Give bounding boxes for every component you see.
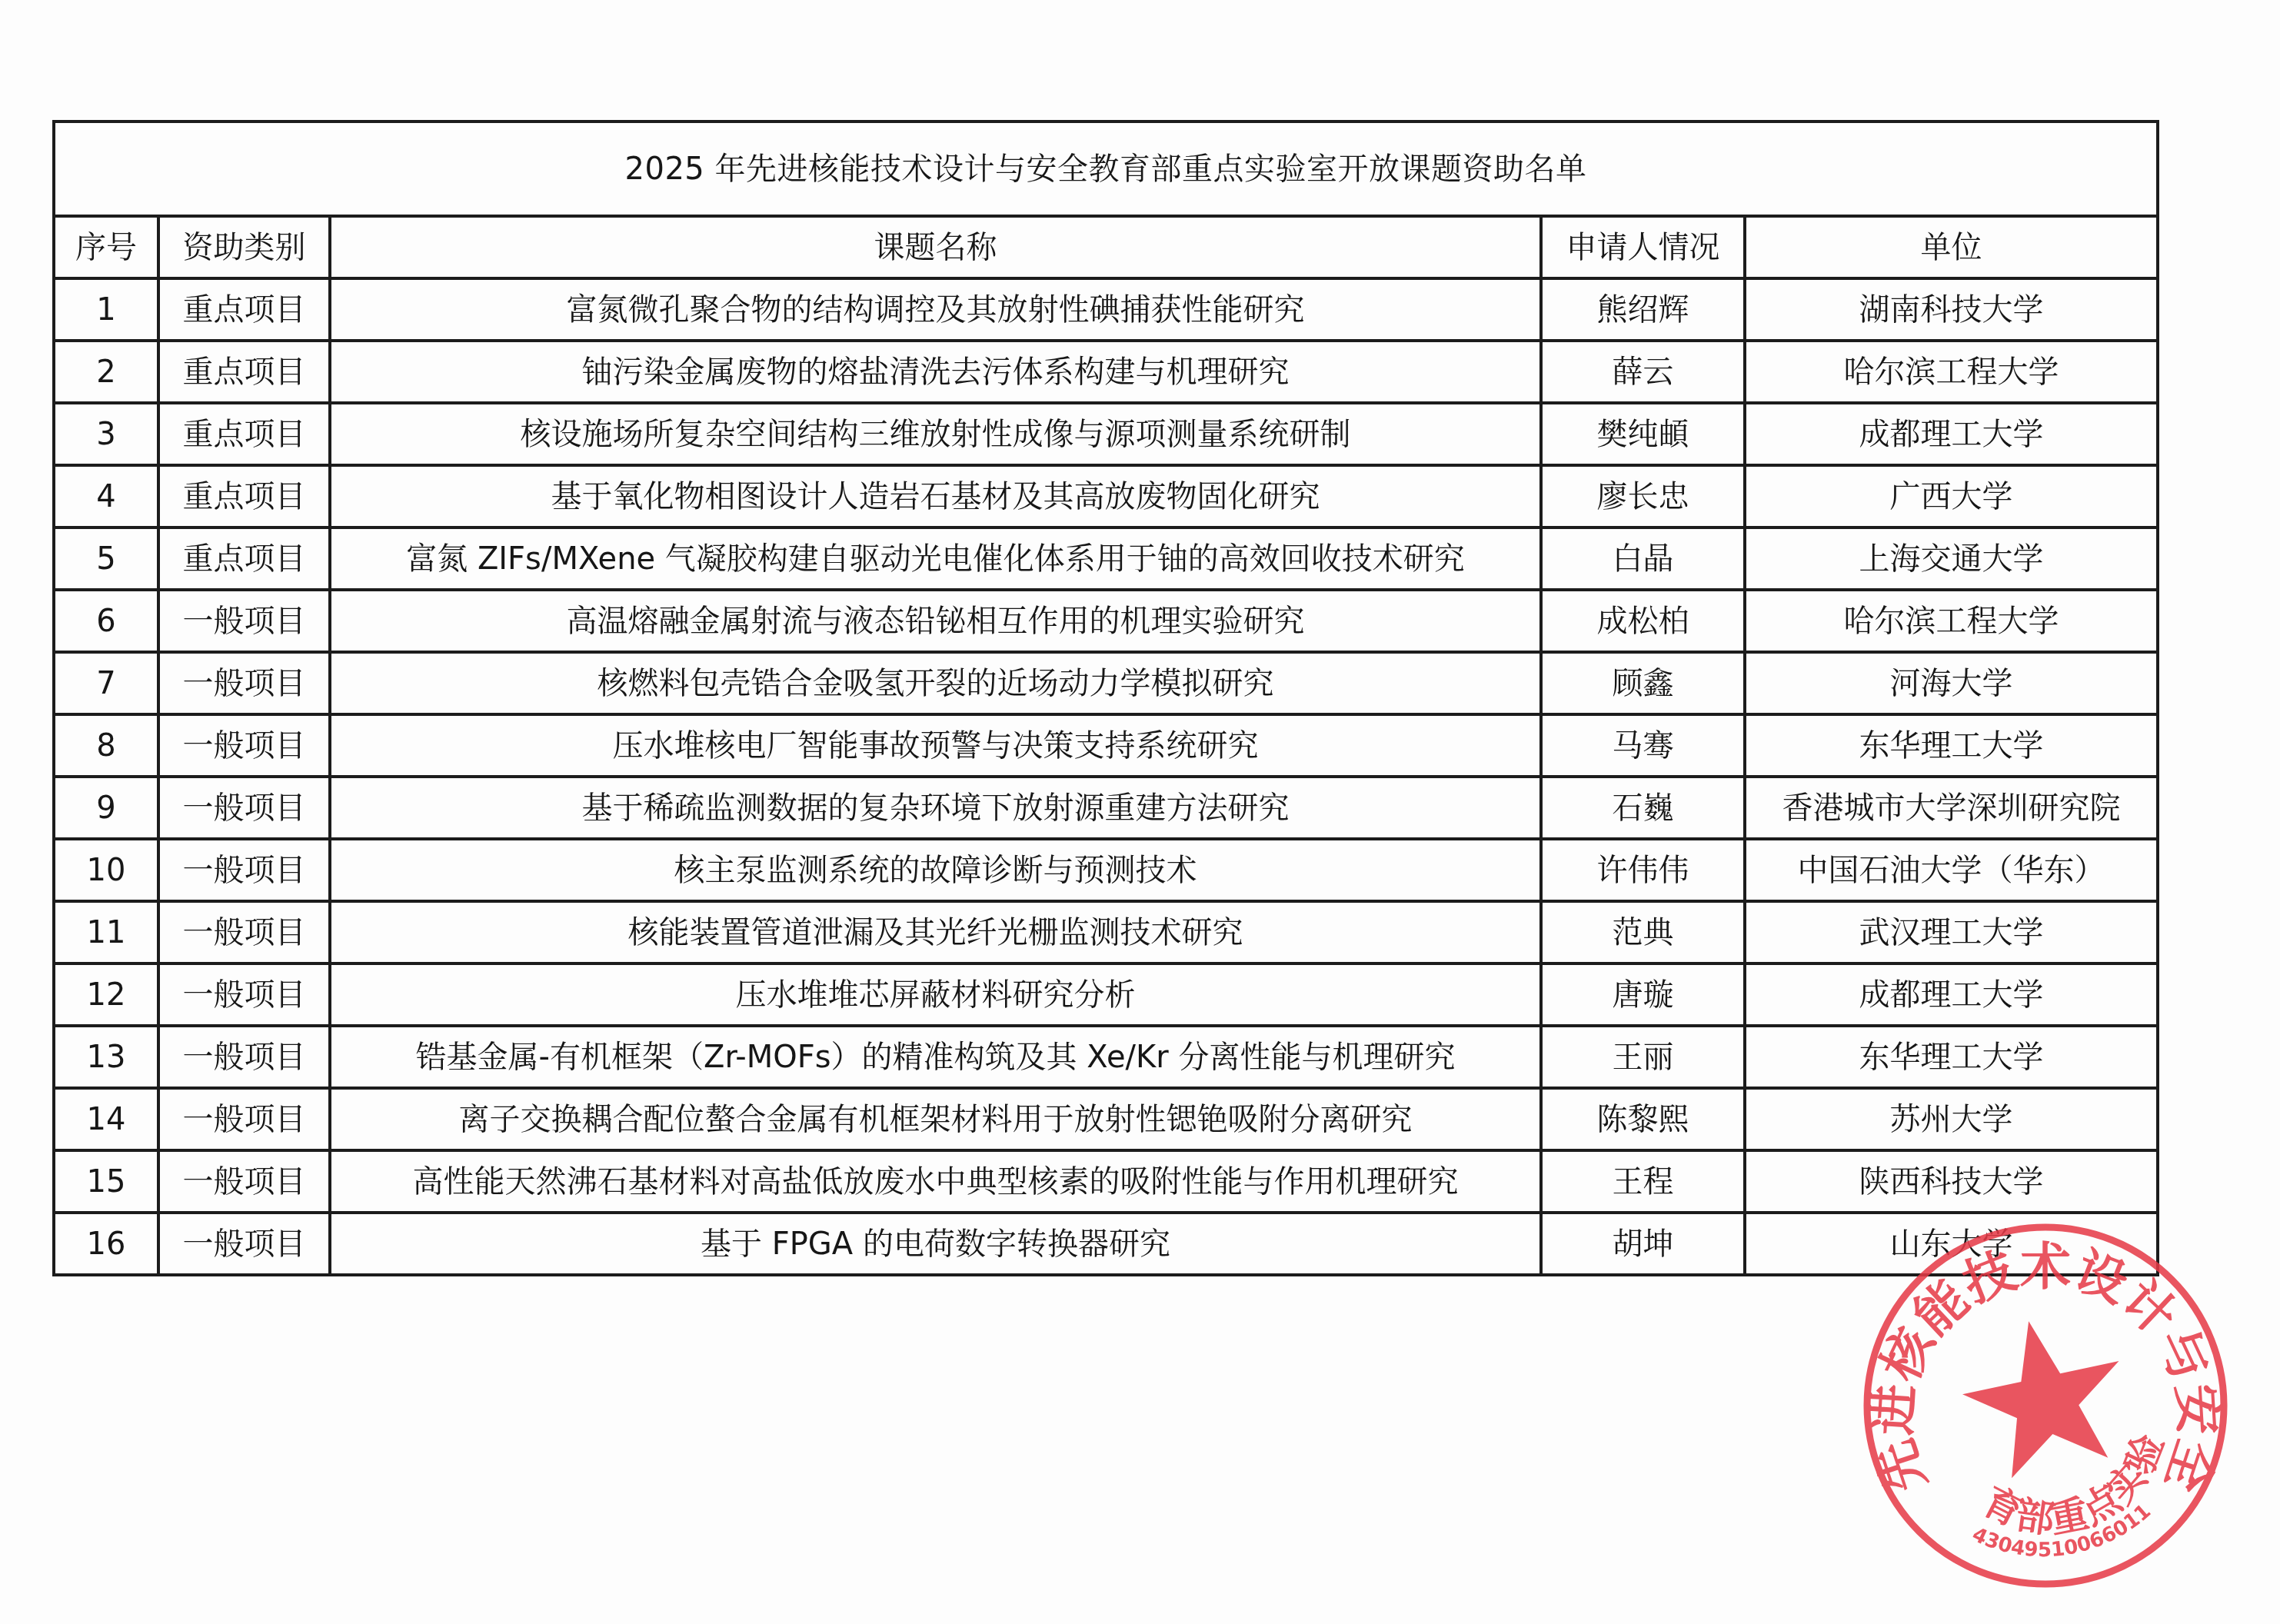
cell-title: 基于 FPGA 的电荷数字转换器研究 bbox=[330, 1213, 1541, 1275]
cell-unit: 东华理工大学 bbox=[1745, 714, 2158, 777]
cell-no: 4 bbox=[54, 465, 158, 527]
cell-title: 核燃料包壳锆合金吸氢开裂的近场动力学模拟研究 bbox=[330, 652, 1541, 714]
header-type: 资助类别 bbox=[158, 216, 330, 278]
cell-applicant: 薛云 bbox=[1541, 341, 1745, 403]
table-row: 9一般项目基于稀疏监测数据的复杂环境下放射源重建方法研究石巍香港城市大学深圳研究… bbox=[54, 777, 2158, 839]
cell-applicant: 胡坤 bbox=[1541, 1213, 1745, 1275]
cell-no: 11 bbox=[54, 901, 158, 963]
cell-no: 6 bbox=[54, 590, 158, 652]
table-row: 16一般项目基于 FPGA 的电荷数字转换器研究胡坤山东大学 bbox=[54, 1213, 2158, 1275]
cell-unit: 河海大学 bbox=[1745, 652, 2158, 714]
cell-title: 基于稀疏监测数据的复杂环境下放射源重建方法研究 bbox=[330, 777, 1541, 839]
cell-applicant: 樊纯頔 bbox=[1541, 403, 1745, 465]
cell-unit: 哈尔滨工程大学 bbox=[1745, 590, 2158, 652]
cell-type: 重点项目 bbox=[158, 278, 330, 341]
cell-no: 9 bbox=[54, 777, 158, 839]
table-row: 7一般项目核燃料包壳锆合金吸氢开裂的近场动力学模拟研究顾鑫河海大学 bbox=[54, 652, 2158, 714]
table-row: 4重点项目基于氧化物相图设计人造岩石基材及其高放废物固化研究廖长忠广西大学 bbox=[54, 465, 2158, 527]
cell-no: 7 bbox=[54, 652, 158, 714]
title-row: 2025 年先进核能技术设计与安全教育部重点实验室开放课题资助名单 bbox=[54, 121, 2158, 216]
cell-applicant: 顾鑫 bbox=[1541, 652, 1745, 714]
document-title: 2025 年先进核能技术设计与安全教育部重点实验室开放课题资助名单 bbox=[54, 121, 2158, 216]
cell-applicant: 陈黎熙 bbox=[1541, 1088, 1745, 1150]
cell-applicant: 白晶 bbox=[1541, 527, 1745, 590]
table-row: 2重点项目铀污染金属废物的熔盐清洗去污体系构建与机理研究薛云哈尔滨工程大学 bbox=[54, 341, 2158, 403]
cell-unit: 苏州大学 bbox=[1745, 1088, 2158, 1150]
cell-type: 一般项目 bbox=[158, 963, 330, 1026]
cell-unit: 广西大学 bbox=[1745, 465, 2158, 527]
header-row: 序号 资助类别 课题名称 申请人情况 单位 bbox=[54, 216, 2158, 278]
table-row: 1重点项目富氮微孔聚合物的结构调控及其放射性碘捕获性能研究熊绍辉湖南科技大学 bbox=[54, 278, 2158, 341]
cell-applicant: 熊绍辉 bbox=[1541, 278, 1745, 341]
cell-unit: 上海交通大学 bbox=[1745, 527, 2158, 590]
cell-no: 8 bbox=[54, 714, 158, 777]
cell-type: 一般项目 bbox=[158, 1150, 330, 1213]
cell-no: 2 bbox=[54, 341, 158, 403]
cell-no: 5 bbox=[54, 527, 158, 590]
table-row: 3重点项目核设施场所复杂空间结构三维放射性成像与源项测量系统研制樊纯頔成都理工大… bbox=[54, 403, 2158, 465]
cell-type: 一般项目 bbox=[158, 714, 330, 777]
table-row: 10一般项目核主泵监测系统的故障诊断与预测技术许伟伟中国石油大学（华东） bbox=[54, 839, 2158, 901]
cell-title: 压水堆堆芯屏蔽材料研究分析 bbox=[330, 963, 1541, 1026]
table-row: 13一般项目锆基金属-有机框架（Zr-MOFs）的精准构筑及其 Xe/Kr 分离… bbox=[54, 1026, 2158, 1088]
cell-type: 重点项目 bbox=[158, 403, 330, 465]
cell-type: 一般项目 bbox=[158, 1088, 330, 1150]
document-page: 2025 年先进核能技术设计与安全教育部重点实验室开放课题资助名单 序号 资助类… bbox=[0, 0, 2280, 1624]
cell-unit: 武汉理工大学 bbox=[1745, 901, 2158, 963]
cell-title: 富氮微孔聚合物的结构调控及其放射性碘捕获性能研究 bbox=[330, 278, 1541, 341]
header-no: 序号 bbox=[54, 216, 158, 278]
table-row: 8一般项目压水堆核电厂智能事故预警与决策支持系统研究马骞东华理工大学 bbox=[54, 714, 2158, 777]
table-row: 14一般项目离子交换耦合配位螯合金属有机框架材料用于放射性锶铯吸附分离研究陈黎熙… bbox=[54, 1088, 2158, 1150]
cell-type: 一般项目 bbox=[158, 652, 330, 714]
cell-unit: 香港城市大学深圳研究院 bbox=[1745, 777, 2158, 839]
cell-applicant: 唐璇 bbox=[1541, 963, 1745, 1026]
cell-type: 一般项目 bbox=[158, 590, 330, 652]
cell-no: 3 bbox=[54, 403, 158, 465]
cell-applicant: 石巍 bbox=[1541, 777, 1745, 839]
cell-unit: 中国石油大学（华东） bbox=[1745, 839, 2158, 901]
cell-type: 一般项目 bbox=[158, 1026, 330, 1088]
table-row: 6一般项目高温熔融金属射流与液态铅铋相互作用的机理实验研究成松柏哈尔滨工程大学 bbox=[54, 590, 2158, 652]
cell-unit: 哈尔滨工程大学 bbox=[1745, 341, 2158, 403]
star-icon bbox=[1950, 1305, 2138, 1485]
cell-unit: 成都理工大学 bbox=[1745, 963, 2158, 1026]
cell-title: 高性能天然沸石基材料对高盐低放废水中典型核素的吸附性能与作用机理研究 bbox=[330, 1150, 1541, 1213]
cell-type: 一般项目 bbox=[158, 1213, 330, 1275]
cell-applicant: 马骞 bbox=[1541, 714, 1745, 777]
header-applicant: 申请人情况 bbox=[1541, 216, 1745, 278]
header-title: 课题名称 bbox=[330, 216, 1541, 278]
cell-unit: 陕西科技大学 bbox=[1745, 1150, 2158, 1213]
table-row: 12一般项目压水堆堆芯屏蔽材料研究分析唐璇成都理工大学 bbox=[54, 963, 2158, 1026]
cell-applicant: 许伟伟 bbox=[1541, 839, 1745, 901]
cell-no: 1 bbox=[54, 278, 158, 341]
cell-unit: 湖南科技大学 bbox=[1745, 278, 2158, 341]
cell-type: 重点项目 bbox=[158, 527, 330, 590]
cell-applicant: 王程 bbox=[1541, 1150, 1745, 1213]
cell-title: 压水堆核电厂智能事故预警与决策支持系统研究 bbox=[330, 714, 1541, 777]
cell-title: 离子交换耦合配位螯合金属有机框架材料用于放射性锶铯吸附分离研究 bbox=[330, 1088, 1541, 1150]
cell-applicant: 廖长忠 bbox=[1541, 465, 1745, 527]
seal-ring bbox=[1867, 1227, 2224, 1584]
cell-title: 基于氧化物相图设计人造岩石基材及其高放废物固化研究 bbox=[330, 465, 1541, 527]
cell-no: 13 bbox=[54, 1026, 158, 1088]
header-unit: 单位 bbox=[1745, 216, 2158, 278]
table-body: 1重点项目富氮微孔聚合物的结构调控及其放射性碘捕获性能研究熊绍辉湖南科技大学2重… bbox=[54, 278, 2158, 1275]
cell-title: 锆基金属-有机框架（Zr-MOFs）的精准构筑及其 Xe/Kr 分离性能与机理研… bbox=[330, 1026, 1541, 1088]
cell-title: 高温熔融金属射流与液态铅铋相互作用的机理实验研究 bbox=[330, 590, 1541, 652]
cell-no: 15 bbox=[54, 1150, 158, 1213]
grant-list-table: 2025 年先进核能技术设计与安全教育部重点实验室开放课题资助名单 序号 资助类… bbox=[52, 120, 2159, 1276]
cell-type: 重点项目 bbox=[158, 341, 330, 403]
cell-unit: 成都理工大学 bbox=[1745, 403, 2158, 465]
cell-applicant: 范典 bbox=[1541, 901, 1745, 963]
table-row: 15一般项目高性能天然沸石基材料对高盐低放废水中典型核素的吸附性能与作用机理研究… bbox=[54, 1150, 2158, 1213]
cell-title: 富氮 ZIFs/MXene 气凝胶构建自驱动光电催化体系用于铀的高效回收技术研究 bbox=[330, 527, 1541, 590]
cell-no: 14 bbox=[54, 1088, 158, 1150]
cell-type: 一般项目 bbox=[158, 839, 330, 901]
seal-outer-text: 先进核能技术设计与安全 bbox=[1862, 1237, 2228, 1499]
cell-type: 一般项目 bbox=[158, 901, 330, 963]
seal-number: 43049510066011 bbox=[1969, 1499, 2155, 1562]
cell-title: 核能装置管道泄漏及其光纤光栅监测技术研究 bbox=[330, 901, 1541, 963]
table-row: 11一般项目核能装置管道泄漏及其光纤光栅监测技术研究范典武汉理工大学 bbox=[54, 901, 2158, 963]
cell-applicant: 王丽 bbox=[1541, 1026, 1745, 1088]
cell-no: 16 bbox=[54, 1213, 158, 1275]
cell-unit: 东华理工大学 bbox=[1745, 1026, 2158, 1088]
cell-type: 一般项目 bbox=[158, 777, 330, 839]
cell-type: 重点项目 bbox=[158, 465, 330, 527]
cell-title: 核主泵监测系统的故障诊断与预测技术 bbox=[330, 839, 1541, 901]
cell-no: 10 bbox=[54, 839, 158, 901]
table-row: 5重点项目富氮 ZIFs/MXene 气凝胶构建自驱动光电催化体系用于铀的高效回… bbox=[54, 527, 2158, 590]
cell-unit: 山东大学 bbox=[1745, 1213, 2158, 1275]
cell-title: 铀污染金属废物的熔盐清洗去污体系构建与机理研究 bbox=[330, 341, 1541, 403]
cell-title: 核设施场所复杂空间结构三维放射性成像与源项测量系统研制 bbox=[330, 403, 1541, 465]
cell-no: 12 bbox=[54, 963, 158, 1026]
cell-applicant: 成松柏 bbox=[1541, 590, 1745, 652]
